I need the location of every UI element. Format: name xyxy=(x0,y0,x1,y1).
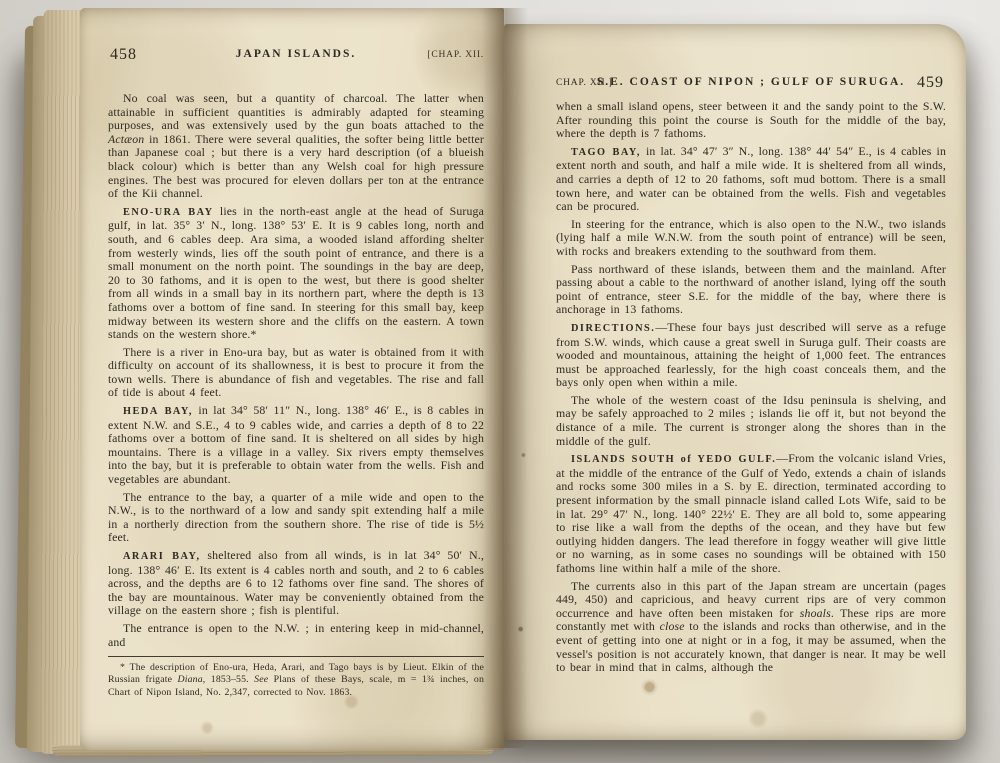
paragraph: There is a river in Eno-ura bay, but as … xyxy=(108,346,484,400)
body-text: —From the volcanic island Vries, at the … xyxy=(556,451,946,575)
footnote: * The description of Eno-ura, Heda, Arar… xyxy=(108,662,484,699)
body-text: The whole of the western coast of the Id… xyxy=(556,393,946,448)
left-running-title: JAPAN ISLANDS. xyxy=(236,48,356,60)
left-chapter-label: [CHAP. XII. xyxy=(427,50,484,60)
section-heading: DIRECTIONS. xyxy=(571,323,655,334)
left-page: 458 JAPAN ISLANDS. [CHAP. XII. No coal w… xyxy=(80,8,504,750)
italic-text: shoals xyxy=(800,606,831,620)
body-text: lies in the north-east angle at the head… xyxy=(108,204,484,341)
italic-text: Diana xyxy=(178,674,203,685)
paragraph: TAGO BAY, in lat. 34° 47′ 3″ N., long. 1… xyxy=(556,145,946,214)
body-text: in 1861. There were several qualities, t… xyxy=(108,132,484,200)
italic-text: close xyxy=(660,619,685,633)
paragraph: ARARI BAY, sheltered also from all winds… xyxy=(108,549,484,618)
section-heading: TAGO BAY, xyxy=(571,147,641,158)
paragraph: The entrance to the bay, a quarter of a … xyxy=(108,491,484,545)
body-text: In steering for the entrance, which is a… xyxy=(556,217,946,258)
italic-text: See xyxy=(254,674,268,685)
right-running-title: S.E. COAST OF NIPON ; GULF OF SURUGA. xyxy=(597,76,905,88)
body-text: The entrance is open to the N.W. ; in en… xyxy=(108,621,484,649)
paragraph: Pass northward of these islands, between… xyxy=(556,263,946,317)
section-heading: HEDA BAY, xyxy=(123,406,193,417)
body-text: No coal was seen, but a quantity of char… xyxy=(108,91,484,132)
section-heading: ISLANDS SOUTH of YEDO GULF. xyxy=(571,454,776,465)
section-heading: ENO-URA BAY xyxy=(123,207,214,218)
paragraph: In steering for the entrance, which is a… xyxy=(556,218,946,259)
paragraph: The whole of the western coast of the Id… xyxy=(556,394,946,448)
right-page: CHAP. XII.] S.E. COAST OF NIPON ; GULF O… xyxy=(504,24,966,740)
paragraph: when a small island opens, steer between… xyxy=(556,100,946,141)
right-page-number: 459 xyxy=(917,74,944,92)
paragraph: ENO-URA BAY lies in the north-east angle… xyxy=(108,205,484,342)
bleedthrough-ghost-text xyxy=(341,51,345,61)
italic-text: Actæon xyxy=(108,132,144,146)
body-text: when a small island opens, steer between… xyxy=(556,99,946,140)
right-page-header: CHAP. XII.] S.E. COAST OF NIPON ; GULF O… xyxy=(556,76,946,98)
body-text: There is a river in Eno-ura bay, but as … xyxy=(108,345,484,400)
section-heading: ARARI BAY, xyxy=(123,551,201,562)
left-text-column: No coal was seen, but a quantity of char… xyxy=(108,92,484,699)
paragraph: DIRECTIONS.—These four bays just describ… xyxy=(556,321,946,390)
right-text-column: when a small island opens, steer between… xyxy=(556,100,946,679)
footnote-rule xyxy=(108,656,484,657)
body-text: Pass northward of these islands, between… xyxy=(556,262,946,317)
body-text: The entrance to the bay, a quarter of a … xyxy=(108,490,484,545)
paragraph: The currents also in this part of the Ja… xyxy=(556,580,946,675)
paragraph: No coal was seen, but a quantity of char… xyxy=(108,92,484,201)
paragraph: HEDA BAY, in lat 34° 58′ 11″ N., long. 1… xyxy=(108,404,484,487)
left-page-number: 458 xyxy=(110,46,137,64)
paragraph: The entrance is open to the N.W. ; in en… xyxy=(108,622,484,649)
left-page-header: 458 JAPAN ISLANDS. [CHAP. XII. xyxy=(108,48,484,70)
paragraph: ISLANDS SOUTH of YEDO GULF.—From the vol… xyxy=(556,452,946,575)
body-text: , 1853–55. xyxy=(203,674,254,685)
